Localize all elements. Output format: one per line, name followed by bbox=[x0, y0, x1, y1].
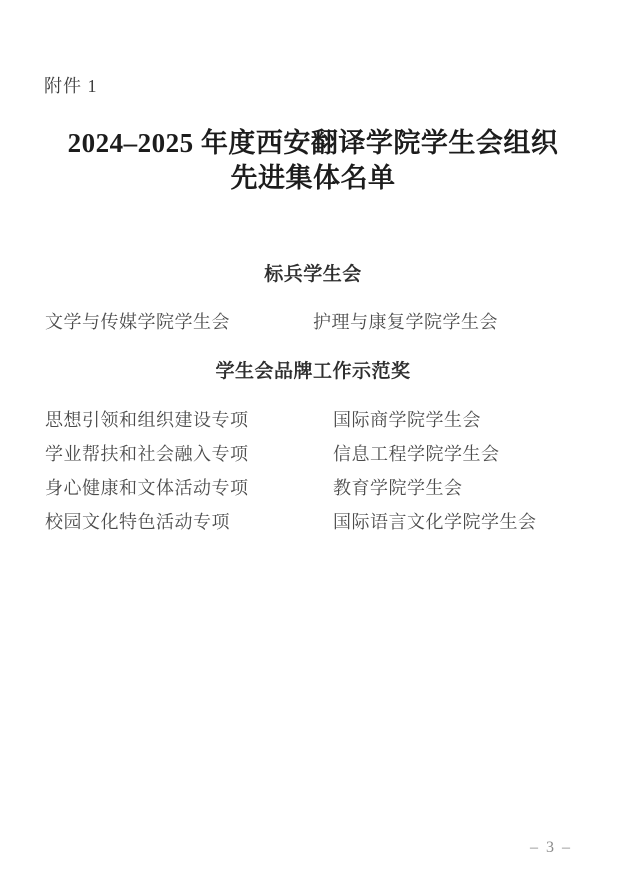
awardee-left: 文学与传媒学院学生会 bbox=[45, 308, 230, 334]
awardee-row: 文学与传媒学院学生会 护理与康复学院学生会 bbox=[0, 308, 626, 332]
award-winner: 教育学院学生会 bbox=[333, 474, 463, 500]
award-category: 学业帮扶和社会融入专项 bbox=[45, 440, 249, 466]
award-winner: 国际商学院学生会 bbox=[333, 406, 481, 432]
award-category: 身心健康和文体活动专项 bbox=[45, 474, 249, 500]
document-title: 2024–2025 年度西安翻译学院学生会组织 先进集体名单 bbox=[0, 126, 626, 196]
section-heading-model-student-union: 标兵学生会 bbox=[0, 259, 626, 286]
award-winner: 国际语言文化学院学生会 bbox=[333, 508, 537, 534]
document-title-line1: 2024–2025 年度西安翻译学院学生会组织 bbox=[0, 126, 626, 161]
award-category: 校园文化特色活动专项 bbox=[45, 508, 230, 534]
page-number: – 3 – bbox=[530, 839, 572, 857]
awardee-row: 身心健康和文体活动专项 教育学院学生会 bbox=[0, 474, 626, 498]
awardee-row: 思想引领和组织建设专项 国际商学院学生会 bbox=[0, 406, 626, 430]
section-heading-brand-work-award: 学生会品牌工作示范奖 bbox=[0, 356, 626, 383]
document-title-line2: 先进集体名单 bbox=[0, 161, 626, 196]
awardee-row: 学业帮扶和社会融入专项 信息工程学院学生会 bbox=[0, 440, 626, 464]
attachment-label: 附件 1 bbox=[44, 72, 98, 98]
award-winner: 信息工程学院学生会 bbox=[333, 440, 500, 466]
award-category: 思想引领和组织建设专项 bbox=[45, 406, 249, 432]
awardee-right: 护理与康复学院学生会 bbox=[313, 308, 498, 334]
awardee-row: 校园文化特色活动专项 国际语言文化学院学生会 bbox=[0, 508, 626, 532]
document-page: 附件 1 2024–2025 年度西安翻译学院学生会组织 先进集体名单 标兵学生… bbox=[0, 0, 626, 889]
